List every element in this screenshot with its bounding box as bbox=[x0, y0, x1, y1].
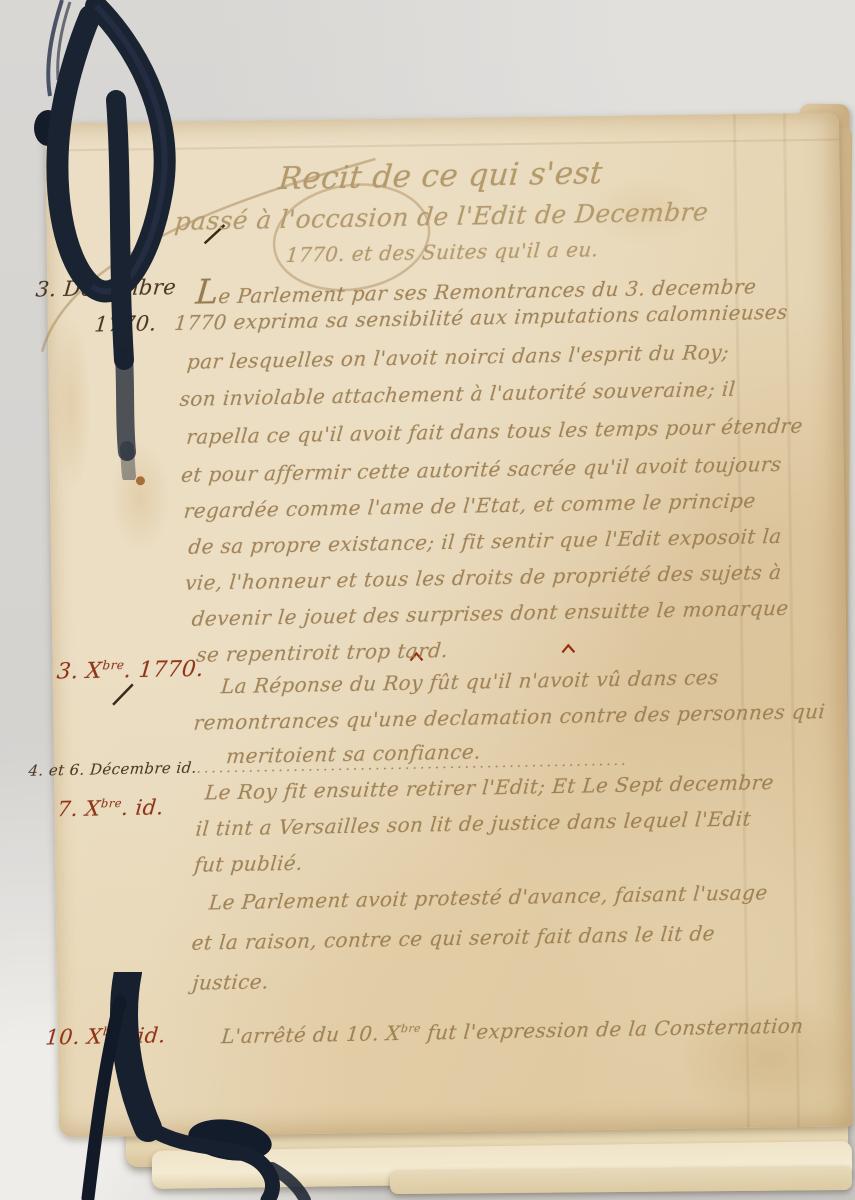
body-line: Le Parlement avoit protesté d'avance, fa… bbox=[208, 880, 769, 914]
binding-ribbon-top-icon bbox=[0, 0, 240, 480]
body-line: vie, l'honneur et tous les droits de pro… bbox=[184, 560, 782, 595]
body-line: et pour affermir cette autorité sacrée q… bbox=[180, 452, 783, 487]
margin-note-date-2-tail: . 1770. bbox=[123, 657, 205, 684]
binding-ribbon-bottom-icon bbox=[0, 972, 360, 1200]
body-line: et la raison, contre ce qui seroit fait … bbox=[191, 921, 716, 955]
body-line: regardée comme l'ame de l'Etat, et comme… bbox=[183, 488, 757, 523]
margin-note-date-4: 7. Xbre. id. bbox=[56, 795, 164, 821]
body-line: rapella ce qu'il avoit fait dans tous le… bbox=[185, 413, 803, 448]
body-line: il tint a Versailles son lit de justice … bbox=[195, 806, 753, 840]
margin-note-date-2-sup: bre bbox=[102, 658, 125, 672]
body-line: son inviolable attachement à l'autorité … bbox=[179, 377, 737, 411]
body-line: fut publié. bbox=[193, 851, 304, 877]
body-line-part: fut l'expression de la Consternation bbox=[420, 1014, 805, 1045]
body-line-sup: bre bbox=[400, 1022, 421, 1035]
margin-note-date-4-tail: . id. bbox=[120, 795, 164, 820]
body-line: par lesquelles on l'avoit noirci dans l'… bbox=[186, 340, 730, 374]
body-line: remontrances qu'une declamation contre d… bbox=[193, 699, 827, 735]
body-line: La Réponse du Roy fût qu'il n'avoit vû d… bbox=[220, 665, 720, 698]
margin-note-date-2: 3. Xbre. 1770. bbox=[56, 656, 205, 684]
body-line: Le Roy fit ensuitte retirer l'Edit; Et L… bbox=[204, 770, 775, 804]
body-line: se repentiroit trop tard. bbox=[195, 638, 449, 667]
body-line: meritoient sa confiance. bbox=[225, 739, 482, 768]
margin-note-date-4-sup: bre bbox=[100, 796, 122, 810]
margin-note-date-2-main: 3. X bbox=[56, 659, 103, 685]
body-line: devenir le jouet des surprises dont ensu… bbox=[191, 596, 790, 631]
margin-note-date-4-main: 7. X bbox=[56, 796, 101, 821]
under-sheet-bottom-3 bbox=[390, 1166, 852, 1194]
margin-note-date-3-main: 4. et 6. Décembre id. bbox=[28, 759, 198, 780]
body-line: de sa propre existance; il fit sentir qu… bbox=[187, 524, 782, 559]
